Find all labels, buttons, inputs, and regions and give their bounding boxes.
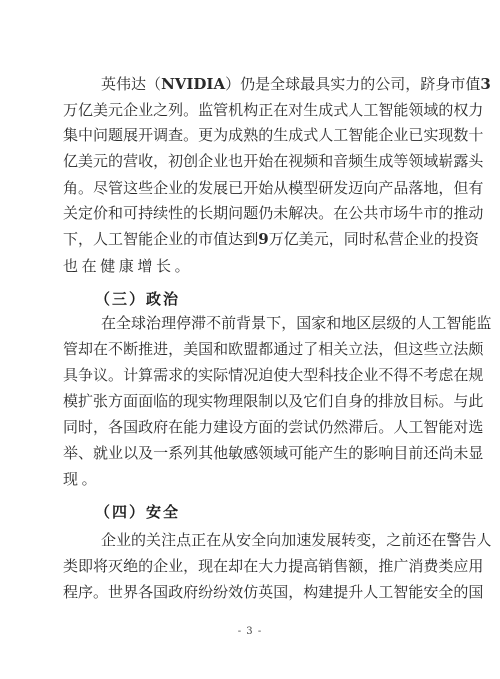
paragraph-line: 亿美元的营收，初创企业也开始在视频和音频生成等领域崭露头 bbox=[63, 150, 439, 172]
paragraph-line: 类即将灭绝的企业，现在却在大力提高销售额，推广消费类应用 bbox=[63, 555, 439, 577]
section-heading: （三）政治 bbox=[95, 288, 180, 310]
paragraph-line: 也在健康增长。 bbox=[63, 255, 439, 277]
paragraph-line: 具争议。计算需求的实际情况迫使大型科技企业不得不考虑在规 bbox=[63, 364, 439, 386]
paragraph-line: 管却在不断推进，美国和欧盟都通过了相关立法，但这些立法颇 bbox=[63, 338, 439, 360]
paragraph-line: 程序。世界各国政府纷纷效仿英国，构建提升人工智能安全的国 bbox=[63, 581, 439, 603]
paragraph-line: 举、就业以及一系列其他敏感领域可能产生的影响目前还尚未显 bbox=[63, 442, 439, 464]
paragraph-line: 同时，各国政府在能力建设方面的尝试仍然滞后。人工智能对选 bbox=[63, 416, 439, 438]
document-page: 英伟达（NVIDIA）仍是全球最具实力的公司，跻身市值3万亿美元企业之列。监管机… bbox=[0, 0, 500, 679]
paragraph-line: 角。尽管这些企业的发展已开始从模型研发迈向产品落地，但有 bbox=[63, 177, 439, 199]
paragraph-line: 模扩张方面面临的现实物理限制以及它们自身的排放目标。与此 bbox=[63, 390, 439, 412]
paragraph-line: 关定价和可持续性的长期问题仍未解决。在公共市场牛市的推动 bbox=[63, 202, 439, 224]
paragraph-line: 企业的关注点正在从安全向加速发展转变，之前还在警告人 bbox=[101, 529, 439, 551]
paragraph-line: 下，人工智能企业的市值达到9万亿美元，同时私营企业的投资 bbox=[63, 228, 439, 250]
paragraph-line: 英伟达（NVIDIA）仍是全球最具实力的公司，跻身市值3 bbox=[101, 73, 439, 95]
paragraph-line: 在全球治理停滞不前背景下，国家和地区层级的人工智能监 bbox=[101, 312, 439, 334]
paragraph-line: 万亿美元企业之列。监管机构正在对生成式人工智能领域的权力 bbox=[63, 99, 439, 121]
section-heading: （四）安全 bbox=[95, 501, 180, 523]
paragraph-line: 现。 bbox=[63, 468, 439, 490]
paragraph-line: 集中问题展开调查。更为成熟的生成式人工智能企业已实现数十 bbox=[63, 124, 439, 146]
page-number: - 3 - bbox=[0, 626, 500, 637]
